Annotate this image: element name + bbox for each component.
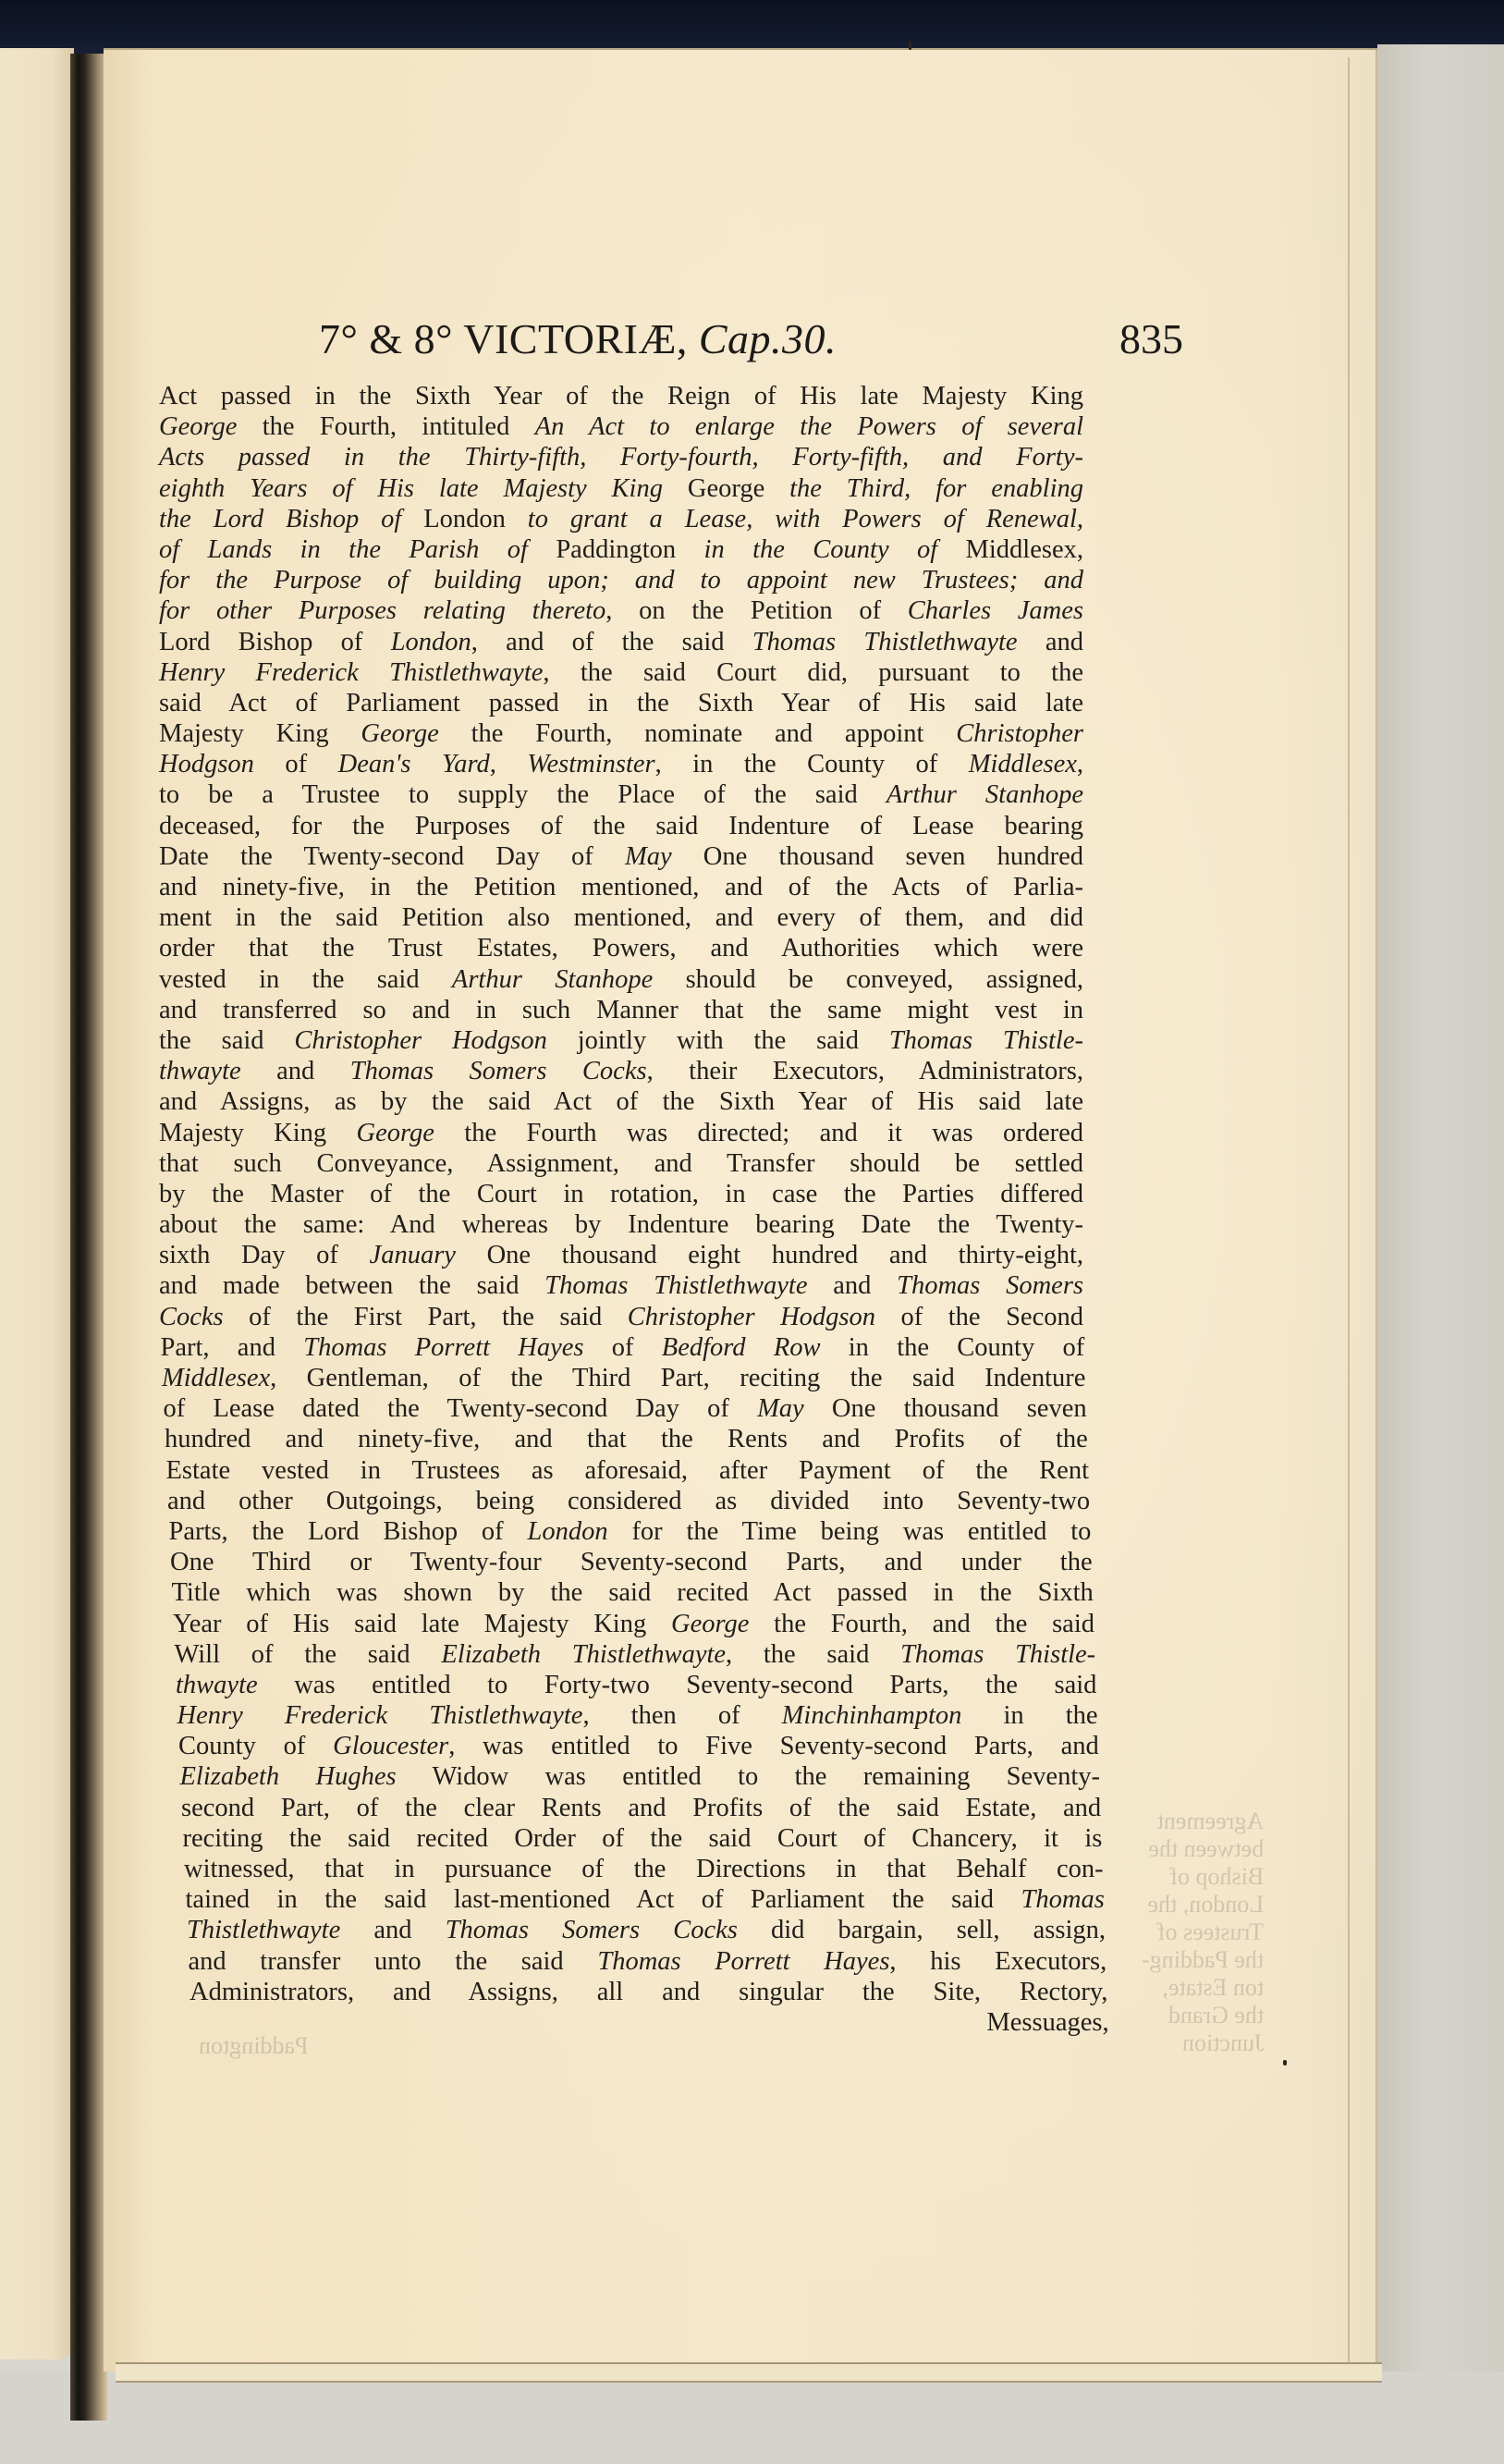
italic-text: May xyxy=(757,1394,804,1423)
roman-text: and xyxy=(340,1916,445,1944)
roman-text: and xyxy=(807,1271,897,1300)
italic-text: Thomas Porrett Hayes xyxy=(597,1947,889,1976)
italic-text: Gloucester xyxy=(333,1732,448,1760)
italic-text: Thomas Somers xyxy=(897,1271,1083,1300)
text-line: Part, and Thomas Porrett Hayes of Bedfor… xyxy=(159,1332,1084,1363)
running-head: 7° & 8° VICTORIÆ, Cap.30. 835 xyxy=(319,314,1183,366)
roman-text: and ninety-five, in the Petition mention… xyxy=(159,873,1083,901)
italic-text: Charles James xyxy=(908,596,1083,625)
roman-text: and made between the said xyxy=(159,1271,544,1300)
text-line: and transfer unto the said Thomas Porret… xyxy=(159,1946,1107,1977)
roman-text: reciting the said recited Order of the s… xyxy=(183,1824,1103,1853)
roman-text: Lord Bishop of xyxy=(159,628,391,656)
italic-text: Thomas Thistle- xyxy=(889,1026,1083,1055)
bleed-through-line: the Grand xyxy=(1142,2002,1264,2029)
roman-text: the Fourth was directed; and it was orde… xyxy=(434,1119,1083,1147)
text-line: Henry Frederick Thistlethwayte, the said… xyxy=(159,657,1083,688)
text-line: Middlesex, Gentleman, of the Third Part,… xyxy=(159,1363,1085,1393)
text-line: and made between the said Thomas Thistle… xyxy=(159,1270,1083,1301)
roman-text: Act passed in the Sixth Year of the Reig… xyxy=(159,382,1083,411)
text-line: deceased, for the Purposes of the said I… xyxy=(159,811,1083,841)
italic-text: Christopher Hodgson xyxy=(294,1026,547,1055)
running-head-title: 7° & 8° VICTORIÆ, Cap.30. xyxy=(319,314,837,363)
italic-text: the Third, for enabling xyxy=(789,474,1083,503)
bleed-through-line: Bishop of xyxy=(1142,1863,1264,1891)
text-line: hundred and ninety-five, and that the Re… xyxy=(159,1424,1088,1454)
bleed-through-bottom-note: Paddington xyxy=(199,2032,308,2060)
roman-text: the said xyxy=(159,1026,294,1055)
roman-text: of the Second xyxy=(875,1303,1083,1331)
italic-text: Elizabeth Hughes xyxy=(180,1762,397,1791)
roman-text: , on the Petition of xyxy=(605,596,908,625)
italic-text: Thomas Thistlethwayte xyxy=(544,1271,807,1300)
roman-text: order that the Trust Estates, Powers, an… xyxy=(159,934,1083,962)
italic-text: Henry Frederick Thistlethwayte xyxy=(159,658,543,687)
italic-text: Henry Frederick Thistlethwayte xyxy=(177,1701,583,1730)
page-edge xyxy=(1348,57,1350,2369)
italic-text: January xyxy=(370,1241,456,1269)
text-line: Parts, the Lord Bishop of London for the… xyxy=(159,1516,1091,1547)
roman-text: Majesty King xyxy=(159,719,361,748)
roman-text: of Lease dated the Twenty-second Day of xyxy=(164,1394,758,1423)
bleed-through-line: the Padding- xyxy=(1142,1946,1264,1974)
italic-text: in the County of xyxy=(704,535,938,564)
text-line: ment in the said Petition also mentioned… xyxy=(159,902,1083,933)
paper-speck xyxy=(909,41,911,50)
roman-text: London xyxy=(401,505,528,533)
italic-text: Bedford Row xyxy=(662,1333,821,1362)
italic-text: Thomas Porrett Hayes xyxy=(303,1333,583,1362)
text-line: Estate vested in Trustees as aforesaid, … xyxy=(159,1455,1089,1486)
roman-text: said Act of Parliament passed in the Six… xyxy=(159,689,1083,717)
page-stack-edges xyxy=(116,2362,1382,2383)
roman-text: Will of the said xyxy=(175,1640,442,1669)
roman-text: , and of the said xyxy=(471,628,752,656)
roman-text: sixth Day of xyxy=(159,1241,370,1269)
bleed-through-line: Agreement xyxy=(1142,1808,1264,1835)
text-line: order that the Trust Estates, Powers, an… xyxy=(159,933,1083,963)
italic-text: An Act to enlarge the Powers of several xyxy=(535,412,1083,441)
italic-text: Thomas Thistle- xyxy=(900,1640,1095,1669)
italic-text: Arthur Stanhope xyxy=(452,965,653,994)
text-line: the said Christopher Hodgson jointly wit… xyxy=(159,1025,1083,1056)
text-line: and ninety-five, in the Petition mention… xyxy=(159,872,1083,902)
italic-text: Thomas xyxy=(1021,1885,1105,1914)
roman-text: Messuages, xyxy=(986,2008,1108,2037)
roman-text: witnessed, that in pursuance of the Dire… xyxy=(184,1855,1104,1883)
roman-text: , Gentleman, of the Third Part, reciting… xyxy=(270,1364,1085,1392)
endpaper-board-bottom xyxy=(0,2372,1504,2464)
italic-text: the Lord Bishop of xyxy=(159,505,401,533)
text-line: Henry Frederick Thistlethwayte, then of … xyxy=(159,1700,1098,1731)
text-line: County of Gloucester, was entitled to Fi… xyxy=(159,1731,1099,1761)
roman-text: , his Executors, xyxy=(889,1947,1107,1976)
text-line: Elizabeth Hughes Widow was entitled to t… xyxy=(159,1761,1100,1792)
roman-text: George xyxy=(663,474,789,503)
text-line: Hodgson of Dean's Yard, Westminster, in … xyxy=(159,749,1083,779)
italic-text: Hodgson xyxy=(159,750,254,778)
roman-text: the Fourth, intituled xyxy=(237,412,534,441)
roman-text: did bargain, sell, assign, xyxy=(738,1916,1106,1944)
roman-text: about the same: And whereas by Indenture… xyxy=(159,1210,1083,1239)
italic-text: May xyxy=(625,842,672,871)
italic-text: Thomas Somers Cocks xyxy=(350,1057,647,1085)
paper-speck xyxy=(1283,2060,1287,2066)
bleed-through-margin-note: Agreementbetween theBishop ofLondon, the… xyxy=(1142,1808,1264,2057)
roman-text: deceased, for the Purposes of the said I… xyxy=(159,812,1083,840)
bleed-through-line: between the xyxy=(1142,1835,1264,1863)
italic-text: Christopher Hodgson xyxy=(628,1303,875,1331)
roman-text: should be conveyed, assigned, xyxy=(653,965,1083,994)
roman-text: in the xyxy=(961,1701,1097,1730)
text-line: vested in the said Arthur Stanhope shoul… xyxy=(159,964,1083,995)
text-line: Acts passed in the Thirty-fifth, Forty-f… xyxy=(159,442,1083,472)
text-line: Thistlethwayte and Thomas Somers Cocks d… xyxy=(159,1915,1106,1945)
text-line: Title which was shown by the said recite… xyxy=(159,1577,1094,1608)
page-number: 835 xyxy=(1119,314,1183,363)
roman-text: , xyxy=(1077,750,1083,778)
text-line: for other Purposes relating thereto, on … xyxy=(159,595,1083,626)
roman-text: Part, and xyxy=(161,1333,304,1362)
text-line: and Assigns, as by the said Act of the S… xyxy=(159,1086,1083,1117)
facing-page-edge xyxy=(0,48,74,2360)
roman-text: , the said Court did, pursuant to the xyxy=(543,658,1083,687)
italic-text: Dean's Yard, Westminster xyxy=(338,750,655,778)
bleed-through-line: Trustees of xyxy=(1142,1918,1264,1946)
roman-text: and Assigns, as by the said Act of the S… xyxy=(159,1087,1083,1116)
italic-text: Thistlethwayte xyxy=(187,1916,340,1944)
italic-text: thwayte xyxy=(159,1057,241,1085)
roman-text: , in the County of xyxy=(655,750,969,778)
roman-text: Majesty King xyxy=(159,1119,357,1147)
text-line: second Part, of the clear Rents and Prof… xyxy=(159,1793,1101,1823)
roman-text: and transfer unto the said xyxy=(189,1947,598,1976)
roman-text: and other Outgoings, being considered as… xyxy=(167,1487,1090,1515)
text-line: tained in the said last-mentioned Act of… xyxy=(159,1884,1105,1915)
text-line: said Act of Parliament passed in the Six… xyxy=(159,688,1083,718)
text-line: sixth Day of January One thousand eight … xyxy=(159,1240,1083,1270)
roman-text: the Fourth, and the said xyxy=(749,1610,1094,1638)
italic-text: Thomas Somers Cocks xyxy=(446,1916,738,1944)
italic-text: Middlesex xyxy=(162,1364,270,1392)
italic-text: thwayte xyxy=(176,1671,258,1699)
italic-text: Arthur Stanhope xyxy=(887,780,1083,809)
italic-text: Acts passed in the Thirty-fifth, Forty-f… xyxy=(159,443,1083,472)
text-line: George the Fourth, intituled An Act to e… xyxy=(159,411,1083,442)
roman-text: One thousand seven xyxy=(804,1394,1087,1423)
text-line: of Lands in the Parish of Paddington in … xyxy=(159,534,1083,565)
text-line: thwayte and Thomas Somers Cocks, their E… xyxy=(159,1056,1083,1086)
text-line: Date the Twenty-second Day of May One th… xyxy=(159,841,1083,872)
italic-text: eighth Years of His late Majesty King xyxy=(159,474,663,503)
roman-text: , the said xyxy=(726,1640,900,1669)
roman-text: Title which was shown by the said recite… xyxy=(172,1578,1094,1607)
roman-text: in the County of xyxy=(821,1333,1085,1362)
roman-text: of xyxy=(584,1333,662,1362)
italic-text: George xyxy=(357,1119,434,1147)
roman-text: for the Time being was entitled to xyxy=(608,1517,1092,1546)
roman-text: One thousand eight hundred and thirty-ei… xyxy=(456,1241,1083,1269)
italic-text: George xyxy=(671,1610,749,1638)
italic-text: London xyxy=(391,628,471,656)
bleed-through-line: London, the xyxy=(1142,1891,1264,1918)
italic-text: Elizabeth Thistlethwayte xyxy=(441,1640,726,1669)
roman-text: tained in the said last-mentioned Act of… xyxy=(186,1885,1021,1914)
text-line: Administrators, and Assigns, all and sin… xyxy=(159,1977,1107,2007)
text-line: Majesty King George the Fourth was direc… xyxy=(159,1118,1083,1148)
book-gutter xyxy=(70,54,107,2421)
roman-text: that such Conveyance, Assignment, and Tr… xyxy=(159,1149,1083,1178)
roman-text: Middlesex, xyxy=(937,535,1083,564)
roman-text: , was entitled to Five Seventy-second Pa… xyxy=(448,1732,1099,1760)
roman-text: County of xyxy=(178,1732,333,1760)
roman-text: of the First Part, the said xyxy=(224,1303,628,1331)
roman-text: Date the Twenty-second Day of xyxy=(159,842,625,871)
bleed-through-line: Junction xyxy=(1142,2029,1264,2057)
text-line: and other Outgoings, being considered as… xyxy=(159,1486,1090,1516)
italic-text: Christopher xyxy=(956,719,1083,748)
text-line: Year of His said late Majesty King Georg… xyxy=(159,1609,1094,1639)
italic-text: for other Purposes relating thereto xyxy=(159,596,605,625)
text-line: Lord Bishop of London, and of the said T… xyxy=(159,627,1083,657)
italic-text: Middlesex xyxy=(969,750,1077,778)
text-line: that such Conveyance, Assignment, and Tr… xyxy=(159,1148,1083,1179)
text-line: for the Purpose of building upon; and to… xyxy=(159,565,1083,595)
roman-text: second Part, of the clear Rents and Prof… xyxy=(181,1794,1101,1822)
roman-text: Widow was entitled to the remaining Seve… xyxy=(397,1762,1100,1791)
text-line: to be a Trustee to supply the Place of t… xyxy=(159,779,1083,810)
roman-text: One Third or Twenty-four Seventy-second … xyxy=(170,1548,1093,1576)
text-line: Cocks of the First Part, the said Christ… xyxy=(159,1302,1083,1332)
text-line: of Lease dated the Twenty-second Day of … xyxy=(159,1393,1087,1424)
bleed-through-line: ton Estate, xyxy=(1142,1974,1264,2002)
roman-text: Administrators, and Assigns, all and sin… xyxy=(190,1978,1107,2006)
roman-text: vested in the said xyxy=(159,965,452,994)
endpaper-board-right xyxy=(1377,44,1504,2464)
italic-text: Minchinhampton xyxy=(782,1701,962,1730)
text-line: witnessed, that in pursuance of the Dire… xyxy=(159,1854,1104,1884)
roman-text: Year of His said late Majesty King xyxy=(173,1610,671,1638)
text-line: Act passed in the Sixth Year of the Reig… xyxy=(159,381,1083,411)
roman-text: , then of xyxy=(582,1701,781,1730)
roman-text: Paddington xyxy=(528,535,704,564)
roman-text: Parts, the Lord Bishop of xyxy=(169,1517,528,1546)
italic-text: Cocks xyxy=(159,1303,224,1331)
text-line: reciting the said recited Order of the s… xyxy=(159,1823,1102,1854)
text-line: Majesty King George the Fourth, nominate… xyxy=(159,718,1083,749)
roman-text: and xyxy=(241,1057,350,1085)
italic-text: Thomas Thistlethwayte xyxy=(752,628,1018,656)
roman-text: was entitled to Forty-two Seventy-second… xyxy=(258,1671,1097,1699)
roman-text: One thousand seven hundred xyxy=(672,842,1083,871)
roman-text: , their Executors, Administrators, xyxy=(647,1057,1083,1085)
italic-text: George xyxy=(159,412,237,441)
text-line: thwayte was entitled to Forty-two Sevent… xyxy=(159,1670,1096,1700)
text-line: by the Master of the Court in rotation, … xyxy=(159,1179,1083,1209)
roman-text: and transferred so and in such Manner th… xyxy=(159,996,1083,1024)
text-line: the Lord Bishop of London to grant a Lea… xyxy=(159,504,1083,534)
body-text: Act passed in the Sixth Year of the Reig… xyxy=(159,381,1083,2038)
regnal-year: 7° & 8° VICTORIÆ, xyxy=(319,315,688,362)
roman-text: Estate vested in Trustees as aforesaid, … xyxy=(166,1456,1090,1485)
text-line: eighth Years of His late Majesty King Ge… xyxy=(159,473,1083,504)
roman-text: to be a Trustee to supply the Place of t… xyxy=(159,780,887,809)
roman-text: by the Master of the Court in rotation, … xyxy=(159,1180,1083,1208)
roman-text: jointly with the said xyxy=(547,1026,889,1055)
text-line: Will of the said Elizabeth Thistlethwayt… xyxy=(159,1639,1095,1670)
italic-text: to grant a Lease, with Powers of Renewal… xyxy=(528,505,1083,533)
roman-text: hundred and ninety-five, and that the Re… xyxy=(165,1425,1088,1453)
italic-text: of Lands in the Parish of xyxy=(159,535,528,564)
italic-text: London xyxy=(528,1517,608,1546)
chapter-number: Cap.30. xyxy=(699,315,837,362)
roman-text: of xyxy=(254,750,338,778)
italic-text: George xyxy=(361,719,438,748)
italic-text: for the Purpose of building upon; and to… xyxy=(159,566,1083,595)
text-line: One Third or Twenty-four Seventy-second … xyxy=(159,1547,1093,1577)
text-line: about the same: And whereas by Indenture… xyxy=(159,1209,1083,1240)
text-line: and transferred so and in such Manner th… xyxy=(159,995,1083,1025)
roman-text: the Fourth, nominate and appoint xyxy=(439,719,956,748)
roman-text: ment in the said Petition also mentioned… xyxy=(159,903,1083,932)
roman-text: and xyxy=(1018,628,1083,656)
